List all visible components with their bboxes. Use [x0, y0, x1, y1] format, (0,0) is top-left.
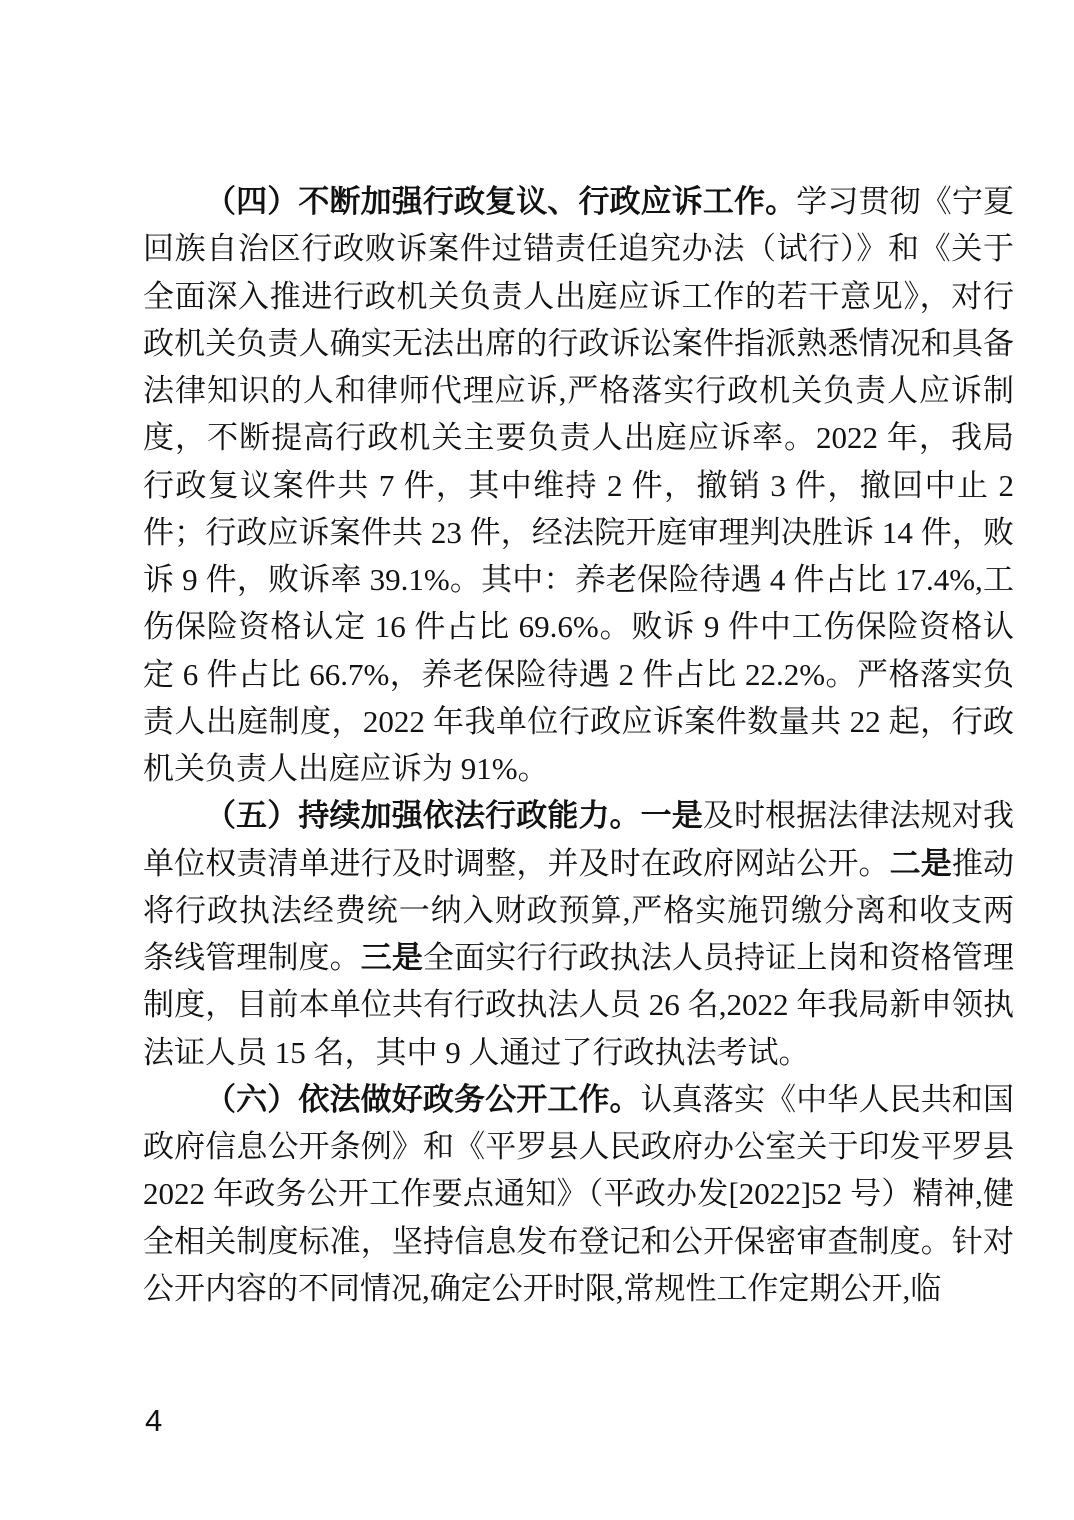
page-number: 4 [145, 1403, 162, 1439]
document-page: （四）不断加强行政复议、行政应诉工作。学习贯彻《宁夏回族自治区行政败诉案件过错责… [0, 0, 1074, 1520]
paragraph-section-5: （五）持续加强依法行政能力。一是及时根据法律法规对我单位权责清单进行及时调整，并… [143, 792, 1014, 1076]
section-6-heading: （六）依法做好政务公开工作。 [205, 1082, 641, 1117]
section-4-heading: （四）不断加强行政复议、行政应诉工作。 [205, 184, 796, 219]
paragraph-section-6: （六）依法做好政务公开工作。认真落实《中华人民共和国政府信息公开条例》和《平罗县… [143, 1076, 1014, 1312]
section-5-marker-2: 二是 [890, 846, 952, 881]
section-5-marker-3: 三是 [361, 940, 423, 975]
paragraph-section-4: （四）不断加强行政复议、行政应诉工作。学习贯彻《宁夏回族自治区行政败诉案件过错责… [143, 178, 1014, 792]
section-4-body-text: 学习贯彻《宁夏回族自治区行政败诉案件过错责任追究办法（试行）》和《关于全面深入推… [143, 184, 1014, 786]
section-5-heading: （五）持续加强依法行政能力。一是 [205, 798, 703, 833]
document-body: （四）不断加强行政复议、行政应诉工作。学习贯彻《宁夏回族自治区行政败诉案件过错责… [143, 178, 1014, 1312]
